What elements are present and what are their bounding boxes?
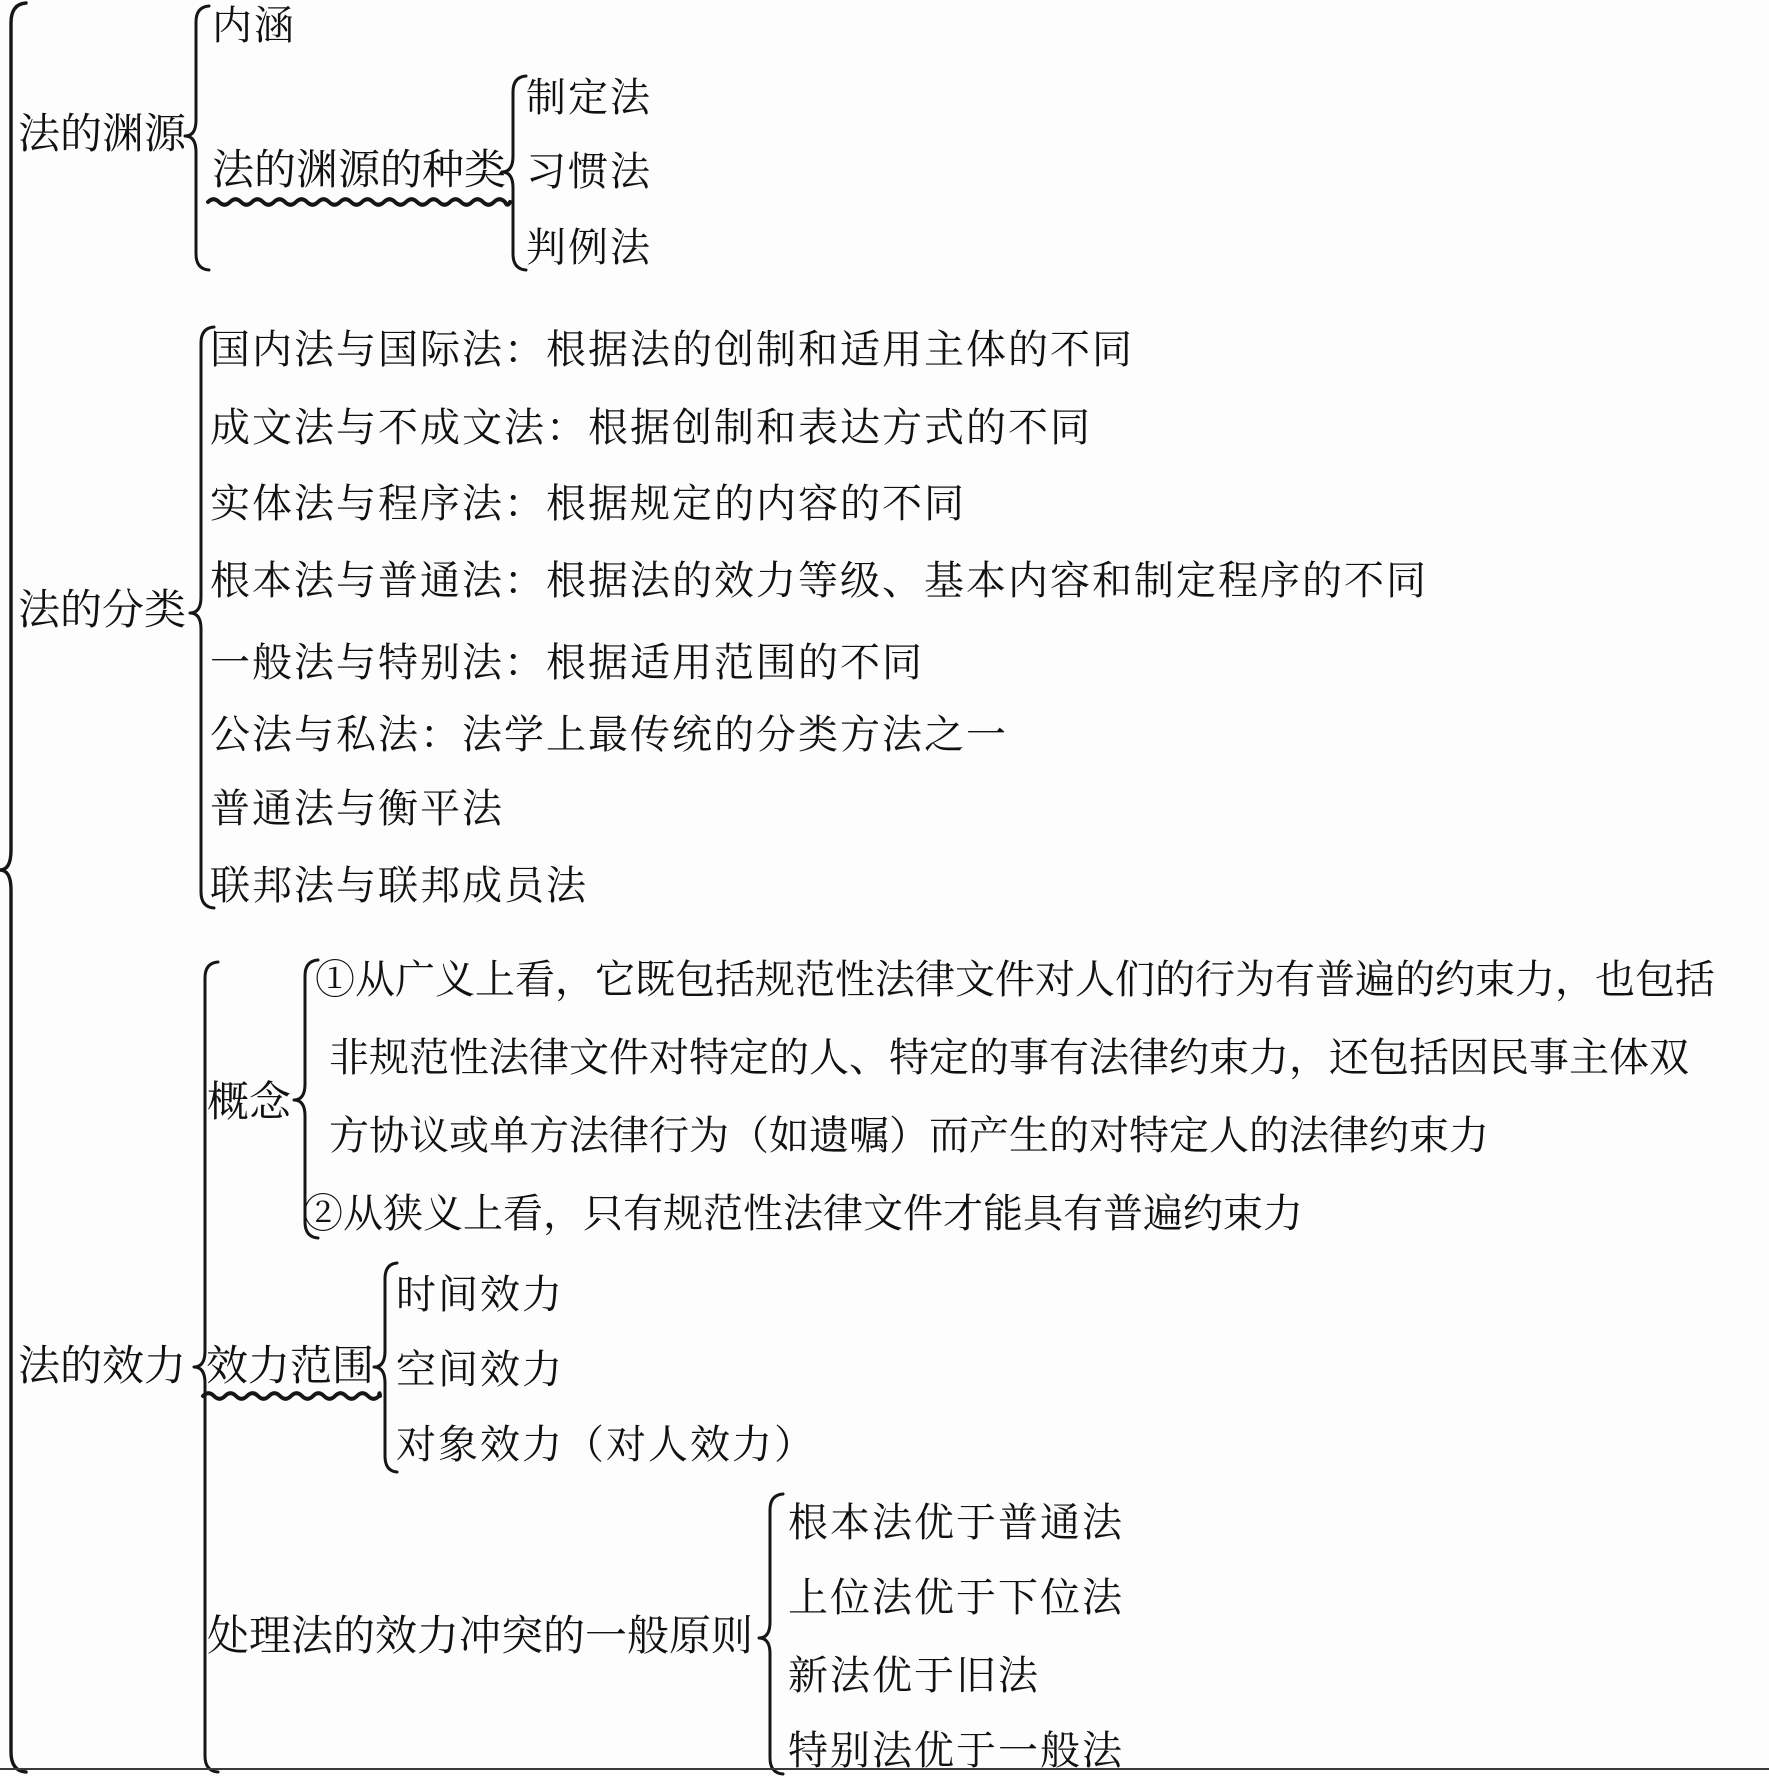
bottom-rule [0, 1768, 1769, 1770]
source-type-item: 判例法 [526, 228, 652, 268]
scope-brace [374, 1263, 397, 1472]
scope-label: 效力范围 [206, 1346, 374, 1388]
classification-item: 公法与私法：法学上最传统的分类方法之一 [210, 715, 1008, 755]
concept-label: 概念 [207, 1082, 291, 1124]
classification-item: 成文法与不成文法：根据创制和表达方式的不同 [210, 408, 1092, 448]
classification-label: 法的分类 [18, 590, 186, 632]
main-brace [0, 3, 26, 1772]
principles-brace [759, 1494, 783, 1774]
connotation-item: 内涵 [212, 6, 296, 46]
principle-item: 根本法优于普通法 [788, 1503, 1124, 1543]
classification-item: 国内法与国际法：根据法的创制和适用主体的不同 [210, 330, 1134, 370]
scope-wavy-underline [203, 1393, 380, 1399]
source-type-item: 习惯法 [526, 152, 652, 192]
concept-line: ②从狭义上看，只有规范性法律文件才能具有普遍约束力 [303, 1194, 1303, 1234]
bracket-diagram: 法的渊源 内涵 法的渊源的种类 制定法 习惯法 判例法 法的分类 国内法与国际法… [0, 0, 1769, 1776]
source-types-wavy-underline [208, 199, 510, 205]
classification-item: 根本法与普通法：根据法的效力等级、基本内容和制定程序的不同 [210, 561, 1428, 601]
principles-label: 处理法的效力冲突的一般原则 [207, 1616, 753, 1658]
source-type-item: 制定法 [526, 78, 652, 118]
classification-item: 实体法与程序法：根据规定的内容的不同 [210, 484, 966, 524]
scope-item: 对象效力（对人效力） [396, 1425, 816, 1465]
principle-item: 上位法优于下位法 [788, 1578, 1124, 1618]
concept-line: ①从广义上看，它既包括规范性法律文件对人们的行为有普遍的约束力，也包括 [315, 960, 1715, 1000]
classification-item: 普通法与衡平法 [210, 789, 504, 829]
concept-line: 非规范性法律文件对特定的人、特定的事有法律约束力，还包括因民事主体双 [329, 1038, 1689, 1078]
effect-label: 法的效力 [18, 1346, 186, 1388]
classification-item: 一般法与特别法：根据适用范围的不同 [210, 643, 924, 683]
scope-item: 空间效力 [396, 1350, 564, 1390]
classification-item: 联邦法与联邦成员法 [210, 866, 588, 906]
source-types-label: 法的渊源的种类 [212, 150, 506, 192]
sources-label: 法的渊源 [18, 114, 186, 156]
scope-item: 时间效力 [396, 1275, 564, 1315]
concept-line: 方协议或单方法律行为（如遗嘱）而产生的对特定人的法律约束力 [329, 1116, 1489, 1156]
principle-item: 新法优于旧法 [788, 1656, 1040, 1696]
principle-item: 特别法优于一般法 [788, 1731, 1124, 1771]
sources-brace [185, 6, 209, 270]
